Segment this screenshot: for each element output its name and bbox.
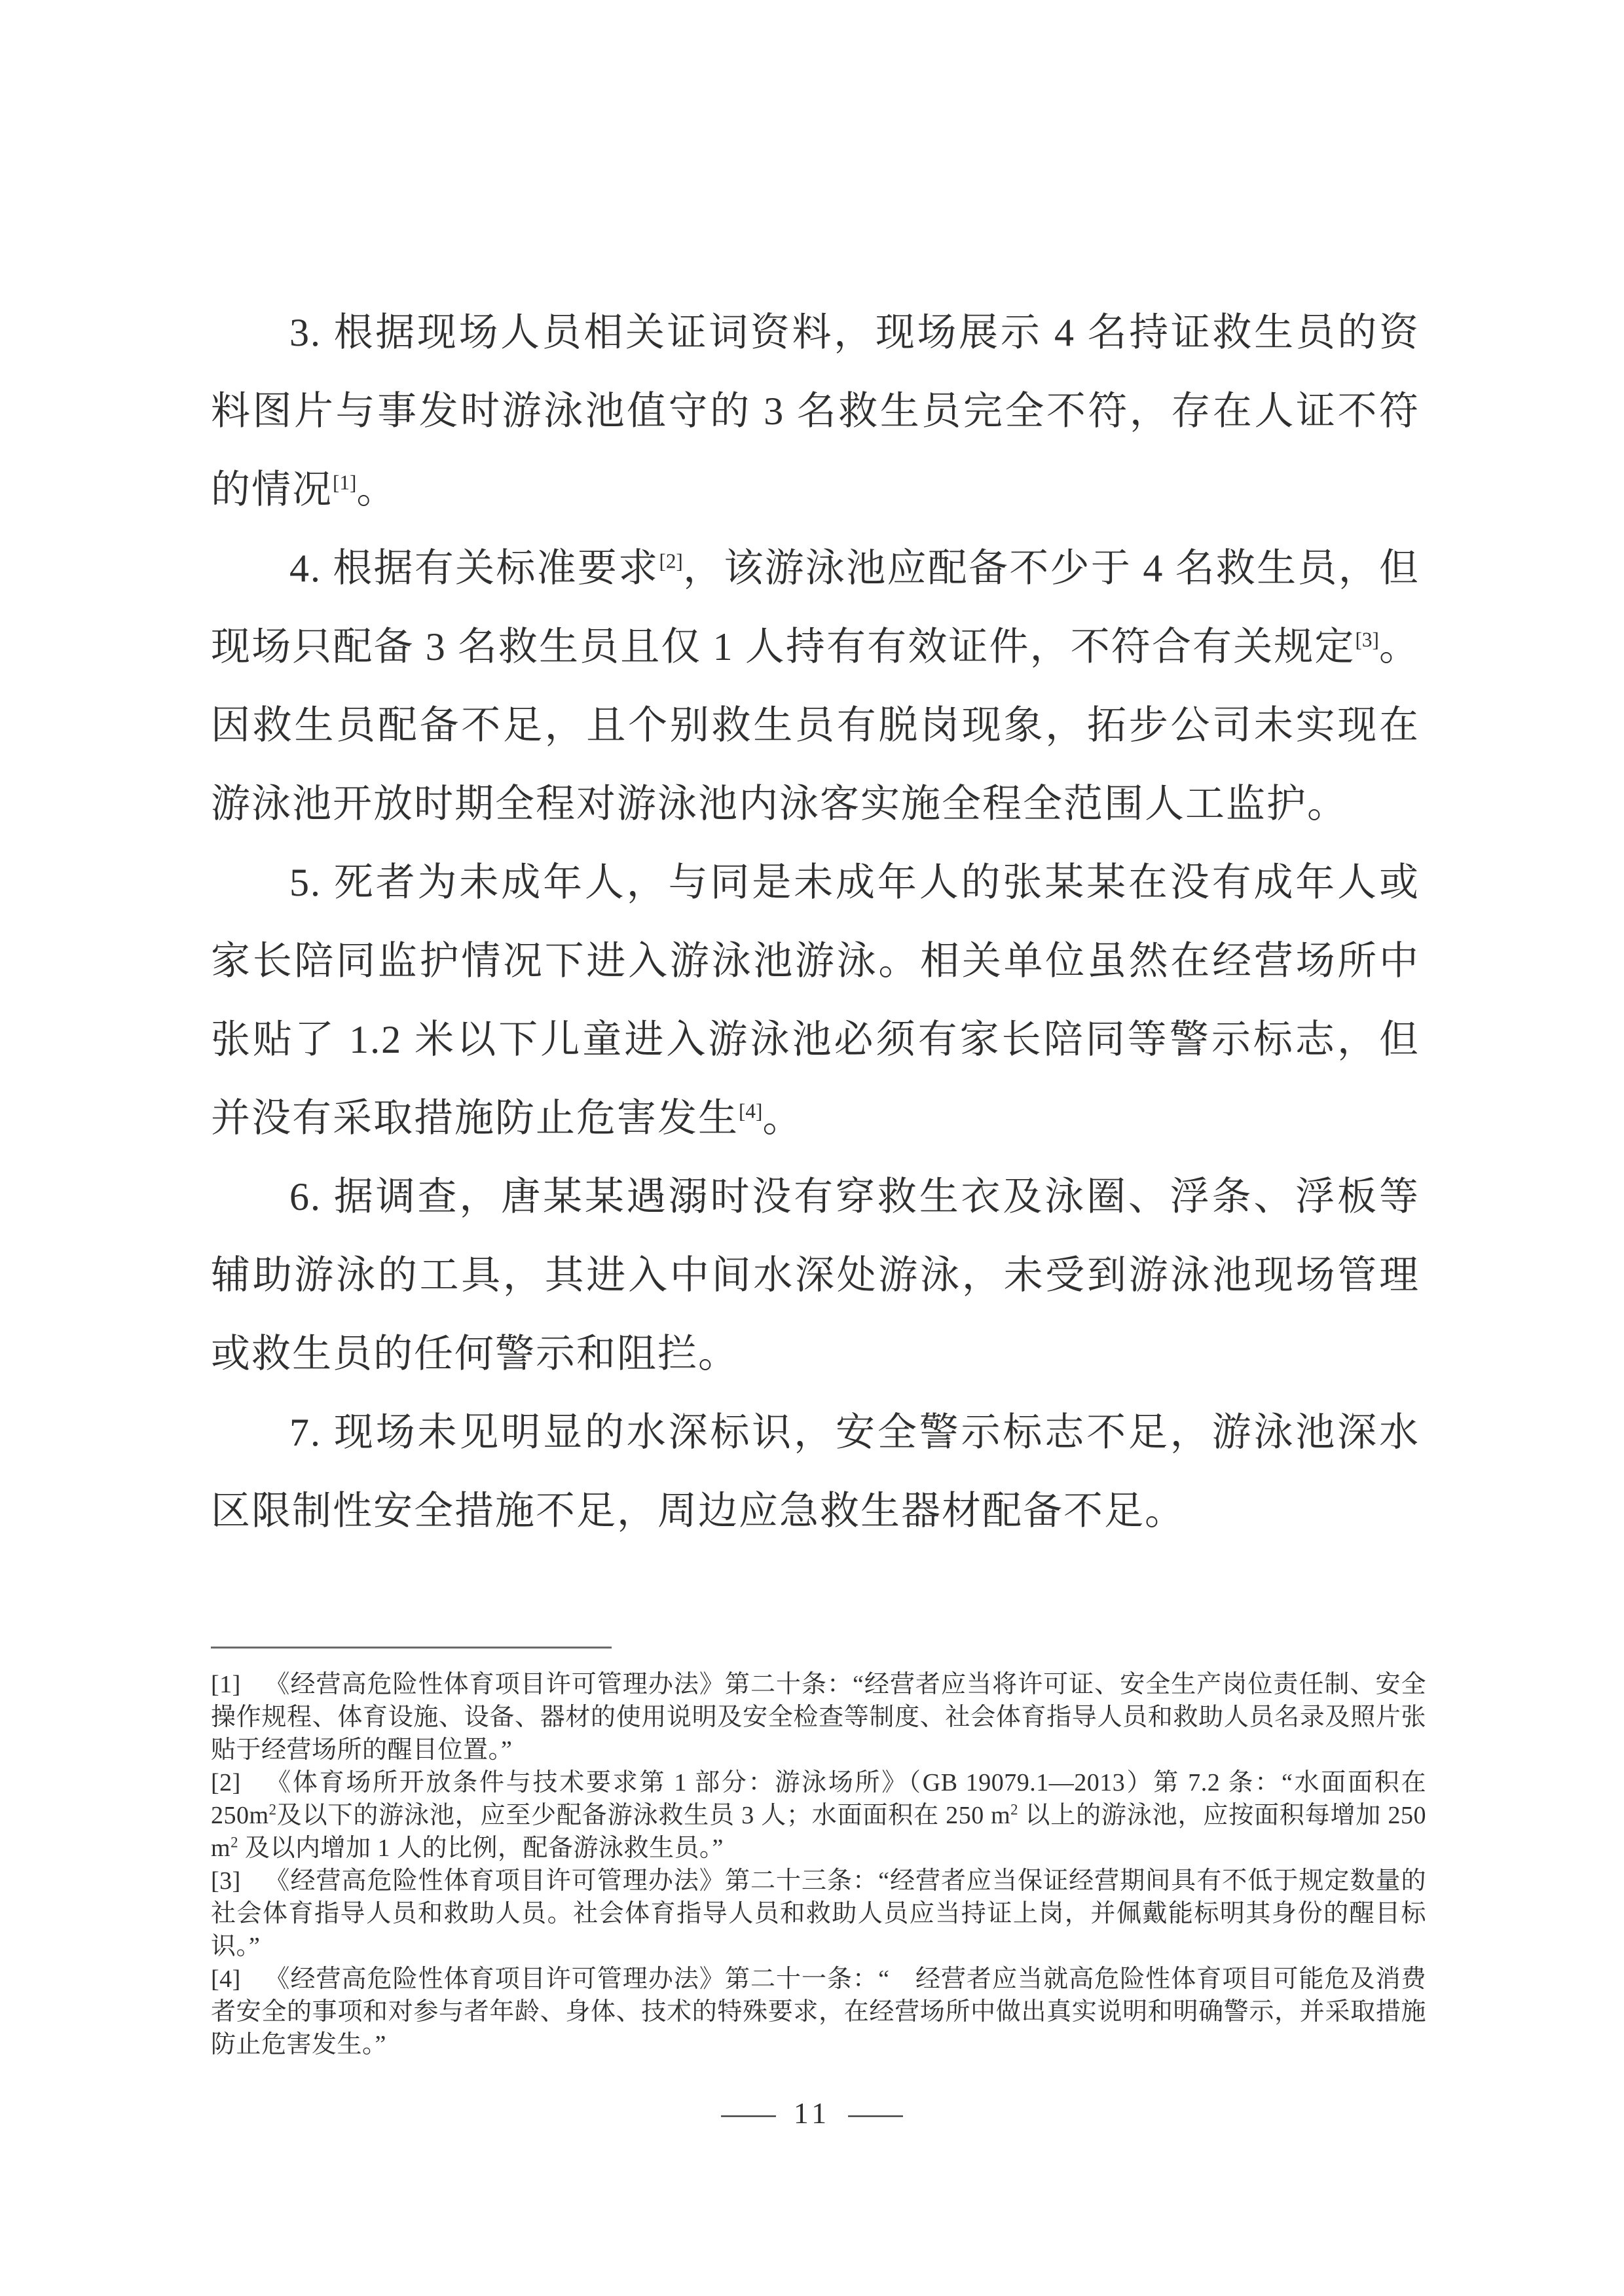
footer-dash-left: —	[721, 2094, 775, 2133]
body-paragraph: 7. 现场未见明显的水深标识，安全警示标志不足，游泳池深水区限制性安全措施不足，…	[211, 1393, 1420, 1550]
footnote-ref: [2]	[659, 550, 682, 573]
superscript-2: 2	[1010, 1801, 1018, 1817]
superscript-2: 2	[231, 1834, 238, 1850]
footnote-ref: [1]	[333, 471, 356, 494]
body-paragraph: 5. 死者为未成年人，与同是未成年人的张某某在没有成年人或家长陪同监护情况下进入…	[211, 843, 1420, 1157]
document-page: 3. 根据现场人员相关证词资料，现场展示 4 名持证救生员的资料图片与事发时游泳…	[0, 0, 1624, 2296]
footnote-marker: [1]	[211, 1668, 241, 1701]
footnote-separator	[211, 1647, 612, 1649]
footnote-list: [1]《经营高危险性体育项目许可管理办法》第二十条：“经营者应当将许可证、安全生…	[211, 1668, 1426, 2061]
superscript-2: 2	[269, 1801, 277, 1817]
footnote-item: [4]《经营高危险性体育项目许可管理办法》第二十一条：“ 经营者应当就高危险性体…	[211, 1963, 1426, 2061]
footnote-ref: [3]	[1356, 629, 1379, 651]
footnote-item: [2]《体育场所开放条件与技术要求第 1 部分：游泳场所》（GB 19079.1…	[211, 1766, 1426, 1865]
footnote-marker: [4]	[211, 1963, 241, 1995]
footnote-marker: [2]	[211, 1766, 241, 1799]
footnote-section: [1]《经营高危险性体育项目许可管理办法》第二十条：“经营者应当将许可证、安全生…	[211, 1647, 1426, 2061]
body-text: 3. 根据现场人员相关证词资料，现场展示 4 名持证救生员的资料图片与事发时游泳…	[211, 293, 1420, 1550]
footnote-marker: [3]	[211, 1865, 241, 1897]
page-number: 11	[794, 2096, 830, 2130]
body-paragraph: 3. 根据现场人员相关证词资料，现场展示 4 名持证救生员的资料图片与事发时游泳…	[211, 293, 1420, 529]
footnote-item: [1]《经营高危险性体育项目许可管理办法》第二十条：“经营者应当将许可证、安全生…	[211, 1668, 1426, 1766]
page-footer: —11—	[0, 2094, 1624, 2133]
body-paragraph: 6. 据调查，唐某某遇溺时没有穿救生衣及泳圈、浮条、浮板等辅助游泳的工具，其进入…	[211, 1157, 1420, 1393]
footnote-item: [3]《经营高危险性体育项目许可管理办法》第二十三条：“经营者应当保证经营期间具…	[211, 1865, 1426, 1963]
footer-dash-right: —	[849, 2094, 903, 2133]
footnote-ref: [4]	[739, 1100, 762, 1123]
body-paragraph: 4. 根据有关标准要求[2]，该游泳池应配备不少于 4 名救生员，但现场只配备 …	[211, 529, 1420, 843]
